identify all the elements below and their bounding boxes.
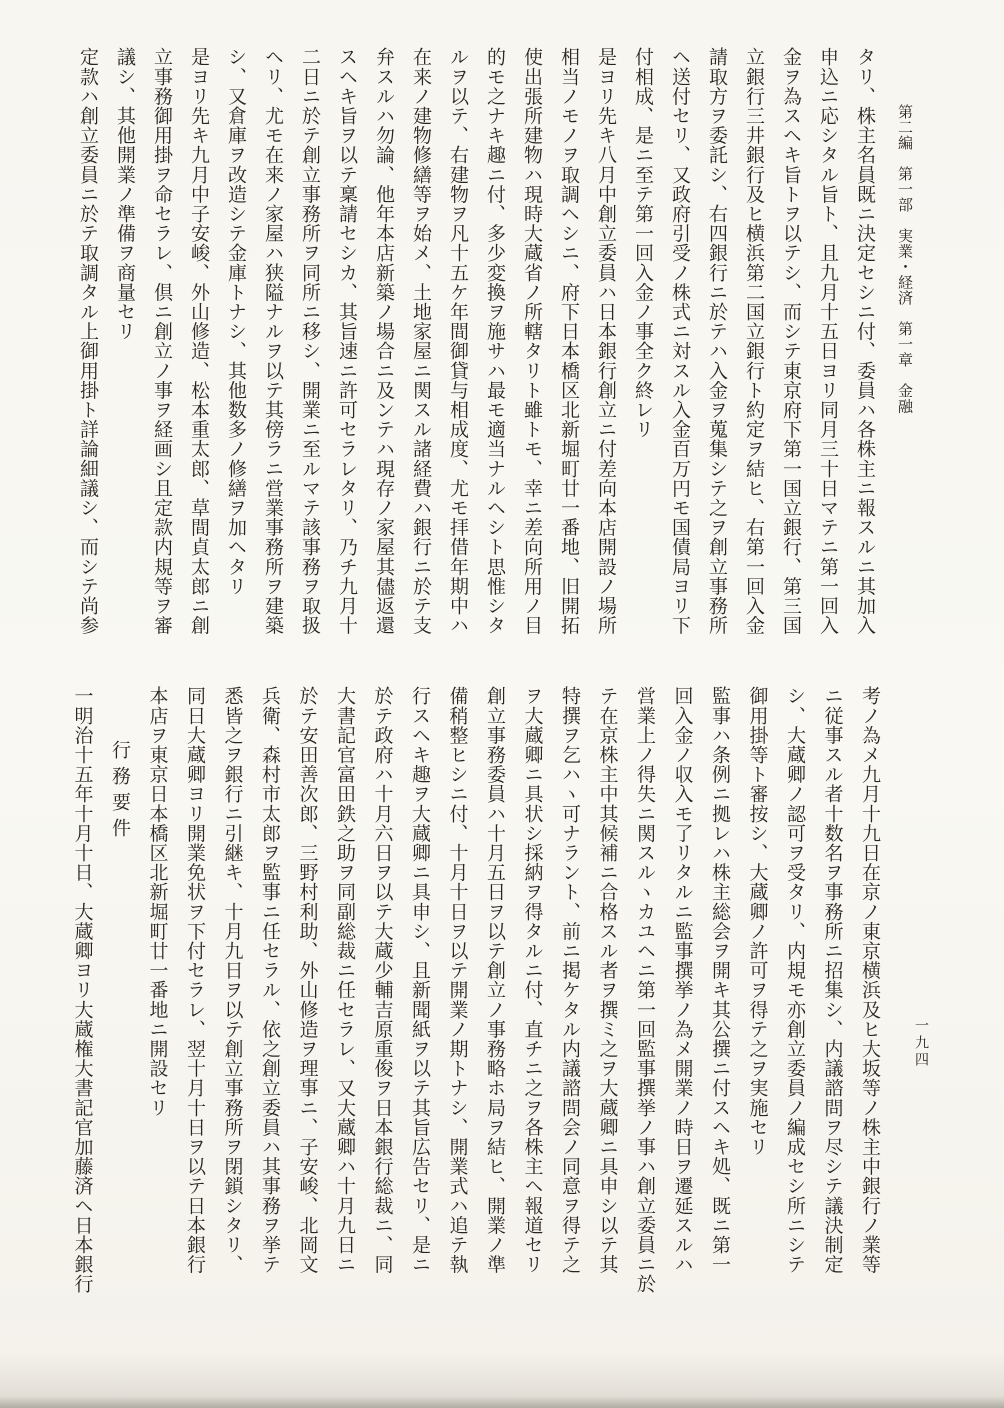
text-column: 於テ政府ハ十月六日ヲ以テ大蔵少輔吉原重俊ヲ日本銀行総裁ニ、同 [363,686,401,1304]
text-column: ヲ大蔵卿ニ具状シ採納ヲ得タルニ付、直チニ之ヲ各株主ヘ報道セリ [513,686,551,1304]
text-column: 在来ノ建物修繕等ヲ始メ、土地家屋ニ関スル諸経費ハ銀行ニ於テ支 [402,47,439,639]
text-column: 兵衛、森村市太郎ヲ監事ニ任セラル、依之創立委員ハ其事務ヲ挙テ [251,686,289,1304]
text-column: 付相成、是ニ至テ第一回入金ノ事全ク終レリ [624,47,661,639]
text-column: 金ヲ為スヘキ旨トヲ以テシ、而シテ東京府下第一国立銀行、第三国 [772,47,809,639]
text-column: 監事ハ条例ニ拠レハ株主総会ヲ開キ其公撰ニ付スヘキ処、既ニ第一 [701,686,739,1304]
text-column: 請取方ヲ委託シ、右四銀行ニ於テハ入金ヲ蒐集シテ之ヲ創立事務所 [698,47,735,639]
top-text-block: タリ、株主名員既ニ決定セシニ付、委員ハ各株主ニ報スルニ其加入 申込ニ応シタル旨ト… [67,47,883,639]
text-column: ヘ送付セリ、又政府引受ノ株式ニ対スル入金百万円モ国債局ヨリ下 [661,47,698,639]
text-column: 於テ安田善次郎、三野村利助、外山修造ヲ理事ニ、子安峻、北岡文 [288,686,326,1304]
text-column: シ、大蔵卿ノ認可ヲ受タリ、内規モ亦創立委員ノ編成セシ所ニシテ [776,686,814,1304]
text-column: 議シ、其他開業ノ準備ヲ商量セリ [106,47,143,639]
text-column: 本店ヲ東京日本橋区北新堀町廿一番地ニ開設セリ [138,686,176,1304]
text-column: 悉皆之ヲ銀行ニ引継キ、十月九日ヲ以テ創立事務所ヲ閉鎖シタリ、 [213,686,251,1304]
chapter-header: 第二編 第一部 実業・経済 第一章 金融 [894,104,915,444]
text-column: 考ノ為メ九月十九日在京ノ東京横浜及ヒ大坂等ノ株主中銀行ノ業等 [851,686,889,1304]
text-column: 立事務御用掛ヲ命セラレ、倶ニ創立ノ事ヲ経画シ且定款内規等ヲ審 [143,47,180,639]
text-column: 同日大蔵卿ヨリ開業免状ヲ下付セラレ、翌十月十日ヲ以テ日本銀行 [176,686,214,1304]
text-column: 備稍整ヒシニ付、十月十日ヲ以テ開業ノ期トナシ、開業式ハ追テ執 [438,686,476,1304]
text-column: 是ヨリ先キ九月中子安峻、外山修造、松本重太郎、草間貞太郎ニ創 [180,47,217,639]
text-column: シ、又倉庫ヲ改造シテ金庫トナシ、其他数多ノ修繕ヲ加ヘタリ [217,47,254,639]
page-bottom-edge [0,1396,1004,1408]
text-column: 立銀行三井銀行及ヒ横浜第二国立銀行ト約定ヲ結ヒ、右第一回入金 [735,47,772,639]
text-column: ルヲ以テ、右建物ヲ凡十五ケ年間御貸与相成度、尤モ拝借年期中ハ [439,47,476,639]
section-heading: 行務要件 [101,686,139,1304]
text-column: 弁スルハ勿論、他年本店新築ノ場合ニ及ンテハ現存ノ家屋其儘返還 [365,47,402,639]
text-column: 御用掛等ト審按シ、大蔵卿ノ許可ヲ得テ之ヲ実施セリ [738,686,776,1304]
text-column: ニ従事スル者十数名ヲ事務所ニ招集シ、内議諮問ヲ尽シテ議決制定 [813,686,851,1304]
text-column: 行スヘキ趣ヲ大蔵卿ニ具申シ、且新聞紙ヲ以テ其旨広告セリ、是ニ [401,686,439,1304]
text-column: 二日ニ於テ創立事務所ヲ同所ニ移シ、開業ニ至ルマテ該事務ヲ取扱 [291,47,328,639]
text-column: ヘリ、尤モ在来ノ家屋ハ狭隘ナルヲ以テ其傍ラニ営業事務所ヲ建築 [254,47,291,639]
book-page: 第二編 第一部 実業・経済 第一章 金融 一九四 タリ、株主名員既ニ決定セシニ付… [0,0,1004,1408]
text-column: 一明治十五年十月十日、大蔵卿ヨリ大蔵権大書記官加藤済ヘ日本銀行 [63,686,101,1304]
page-number: 一九四 [910,1018,930,1069]
text-column: 申込ニ応シタル旨ト、且九月十五日ヨリ同月三十日マテニ第一回入 [809,47,846,639]
text-column: 大書記官富田鉄之助ヲ同副総裁ニ任セラレ、又大蔵卿ハ十月九日ニ [326,686,364,1304]
text-column: スヘキ旨ヲ以テ稟請セシカ、其旨速ニ許可セラレタリ、乃チ九月十 [328,47,365,639]
text-column: 的モ之ナキ趣ニ付、多少変換ヲ施サハ最モ適当ナルヘシト思惟シタ [476,47,513,639]
text-column: テ在京株主中其候補ニ合格スル者ヲ撰ミ之ヲ大蔵卿ニ具申シ以テ其 [588,686,626,1304]
text-column: 特撰ヲ乞ハヽ可ナラント、前ニ掲ケタル内議諮問会ノ同意ヲ得テ之 [551,686,589,1304]
text-column: 使出張所建物ハ現時大蔵省ノ所轄タリト雖トモ、幸ニ差向所用ノ目 [513,47,550,639]
bottom-text-block: 考ノ為メ九月十九日在京ノ東京横浜及ヒ大坂等ノ株主中銀行ノ業等 ニ従事スル者十数名… [61,686,888,1304]
text-column: 営業上ノ得失ニ関スルヽカユヘニ第一回監事撰挙ノ事ハ創立委員ニ於 [626,686,664,1304]
text-column: 相当ノモノヲ取調ヘシニ、府下日本橋区北新堀町廿一番地、旧開拓 [550,47,587,639]
text-column: 是ヨリ先キ八月中創立委員ハ日本銀行創立ニ付差向本店開設ノ場所 [587,47,624,639]
text-column: 創立事務委員ハ十月五日ヲ以テ創立ノ事務略ホ局ヲ結ヒ、開業ノ準 [476,686,514,1304]
text-column: 回入金ノ収入モ了リタルニ監事撰挙ノ為メ開業ノ時日ヲ遷延スルハ [663,686,701,1304]
text-column: タリ、株主名員既ニ決定セシニ付、委員ハ各株主ニ報スルニ其加入 [846,47,883,639]
text-column: 定款ハ創立委員ニ於テ取調タル上御用掛ト詳論細議シ、而シテ尚参 [69,47,106,639]
